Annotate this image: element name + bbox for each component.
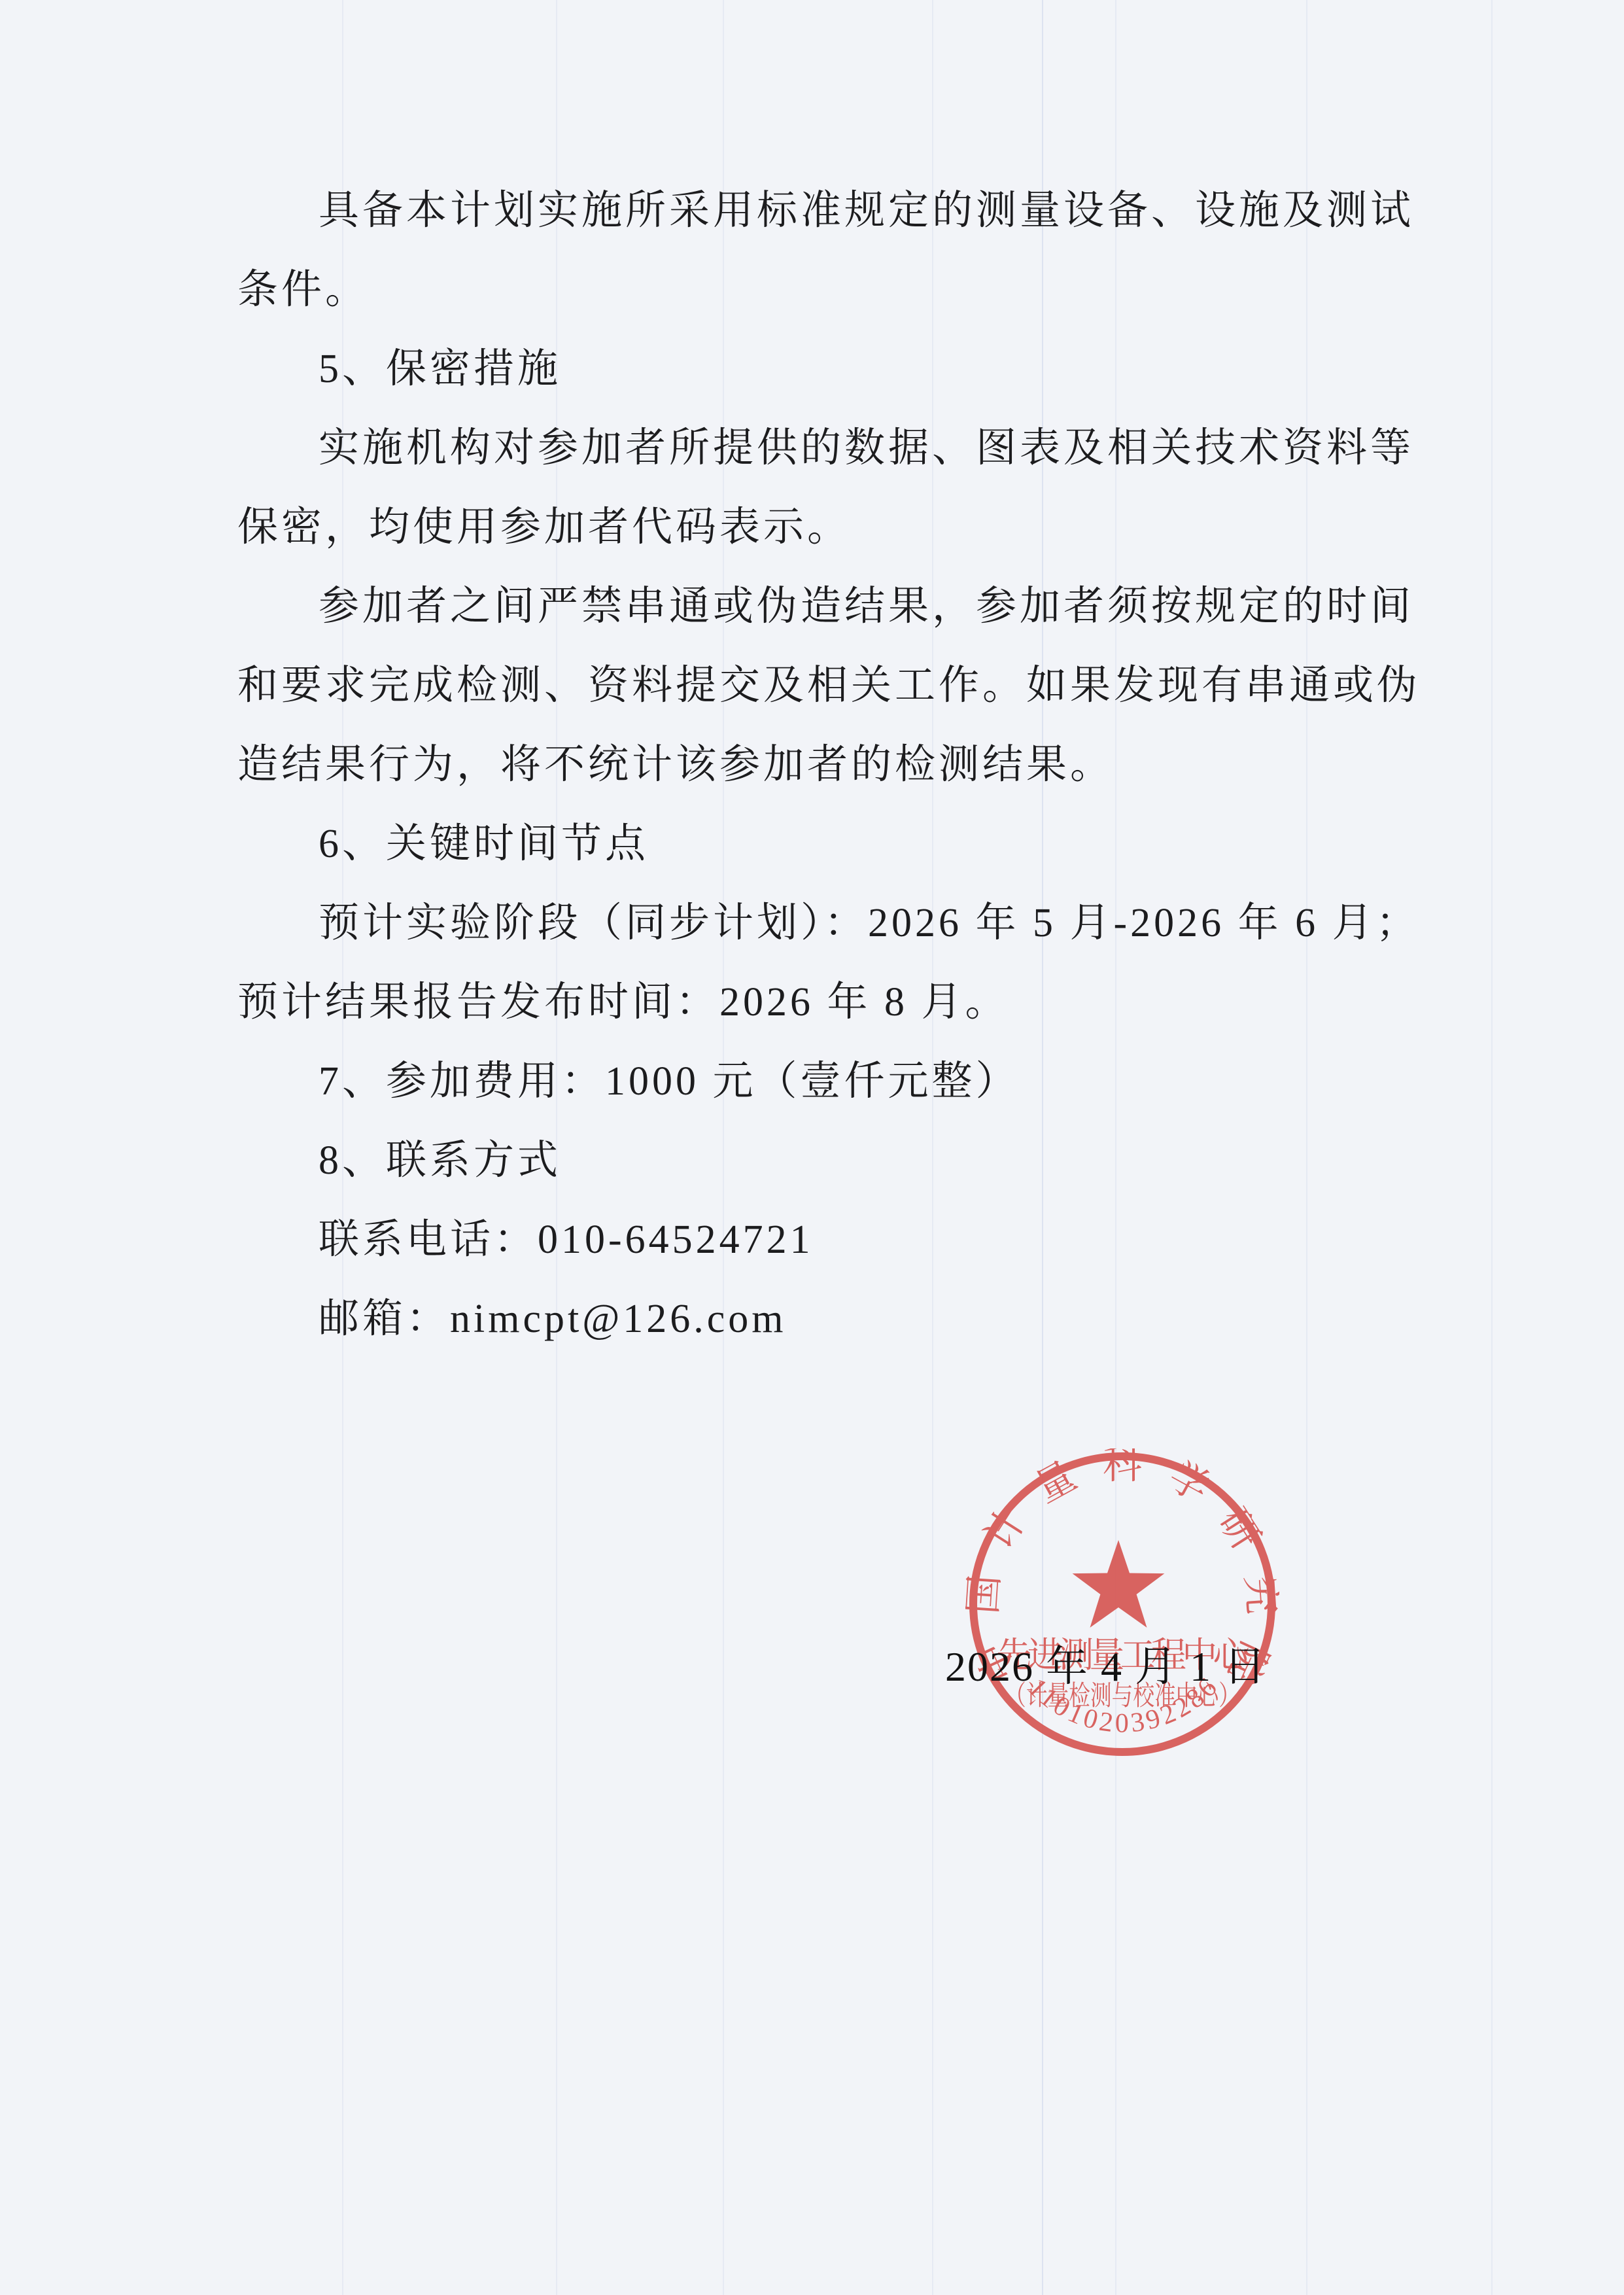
section-heading-5: 5、保密措施 (237, 330, 1428, 409)
section-heading-8: 8、联系方式 (237, 1121, 1428, 1200)
scan-artifact-line (1491, 0, 1493, 2295)
section-heading-7: 7、参加费用：1000 元（壹仟元整） (237, 1042, 1428, 1121)
paragraph-line: 和要求完成检测、资料提交及相关工作。如果发现有串通或伪 (237, 646, 1428, 726)
paragraph-line: 造结果行为，将不统计该参加者的检测结果。 (237, 726, 1428, 805)
seal-star-icon (1073, 1540, 1165, 1628)
seal-graphic: 中国计量科学研究院 先进测量工程中心 （计量检测与校准中心） 110102039… (965, 1448, 1279, 1762)
paragraph-line: 条件。 (237, 251, 1428, 330)
document-page: 具备本计划实施所采用标准规定的测量设备、设施及测试 条件。 5、保密措施 实施机… (0, 0, 1624, 2295)
paragraph-line: 预计结果报告发布时间：2026 年 8 月。 (237, 963, 1428, 1042)
paragraph-line: 参加者之间严禁串通或伪造结果，参加者须按规定的时间 (237, 567, 1428, 646)
document-body: 具备本计划实施所采用标准规定的测量设备、设施及测试 条件。 5、保密措施 实施机… (237, 171, 1428, 1359)
phone-line: 联系电话：010-64524721 (237, 1200, 1428, 1280)
paragraph-line: 保密，均使用参加者代码表示。 (237, 488, 1428, 567)
paragraph-line: 具备本计划实施所采用标准规定的测量设备、设施及测试 (237, 171, 1428, 251)
section-heading-6: 6、关键时间节点 (237, 805, 1428, 884)
paragraph-line: 实施机构对参加者所提供的数据、图表及相关技术资料等 (237, 409, 1428, 488)
date-line: 2026 年 4 月 1 日 (945, 1643, 1267, 1691)
email-line: 邮箱：nimcpt@126.com (237, 1280, 1428, 1359)
paragraph-line: 预计实验阶段（同步计划）：2026 年 5 月-2026 年 6 月； (237, 884, 1428, 963)
official-seal: 中国计量科学研究院 先进测量工程中心 （计量检测与校准中心） 110102039… (965, 1448, 1279, 1762)
